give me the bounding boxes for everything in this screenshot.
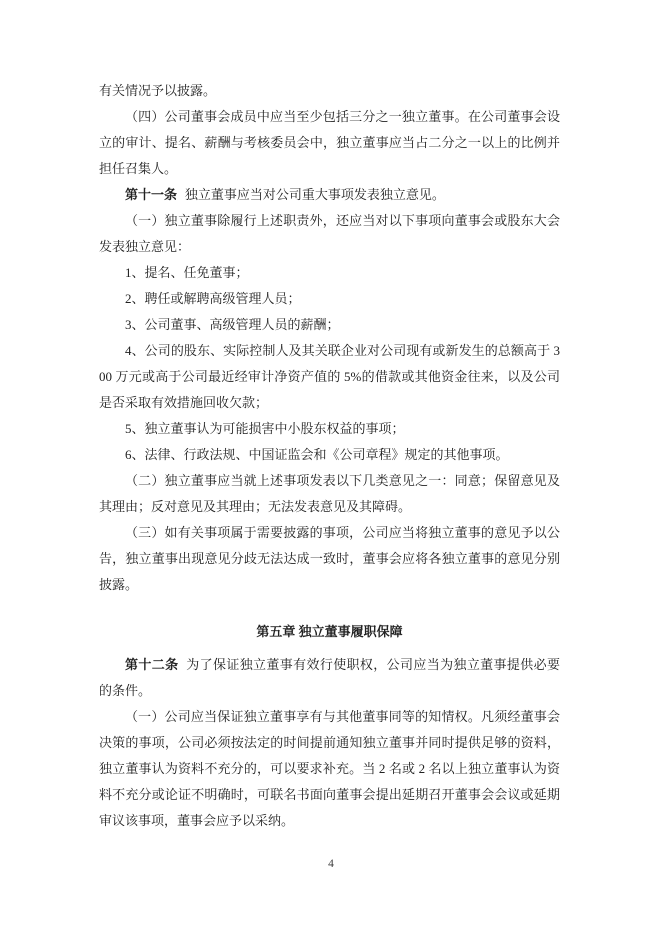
list-item-2: 2、聘任或解聘高级管理人员；: [99, 286, 560, 312]
article-12-term: 第十二条: [125, 657, 178, 672]
paragraph-subitem-1: （一）独立董事除履行上述职责外，还应当对以下事项向董事会或股东大会发表独立意见：: [99, 208, 560, 260]
list-item-1: 1、提名、任免董事；: [99, 260, 560, 286]
chapter-heading: 第五章 独立董事履职保障: [99, 619, 560, 645]
page-number: 4: [0, 858, 662, 870]
article-11-term: 第十一条: [125, 187, 177, 202]
list-item-6: 6、法律、行政法规、中国证监会和《公司章程》规定的其他事项。: [99, 442, 560, 468]
paragraph-subitem-3: （三）如有关事项属于需要披露的事项，公司应当将独立董事的意见予以公告，独立董事出…: [99, 520, 560, 598]
paragraph-subitem-2: （二）独立董事应当就上述事项发表以下几类意见之一：同意；保留意见及其理由；反对意…: [99, 468, 560, 520]
paragraph-continuation: 有关情况予以披露。: [99, 78, 560, 104]
article-11-paragraph: 第十一条独立董事应当对公司重大事项发表独立意见。: [99, 182, 560, 208]
document-page: 有关情况予以披露。 （四）公司董事会成员中应当至少包括三分之一独立董事。在公司董…: [0, 0, 662, 936]
list-item-4: 4、公司的股东、实际控制人及其关联企业对公司现有或新发生的总额高于 300 万元…: [99, 338, 560, 416]
list-item-5: 5、独立董事认为可能损害中小股东权益的事项；: [99, 416, 560, 442]
article-12-paragraph: 第十二条为了保证独立董事有效行使职权，公司应当为独立董事提供必要的条件。: [99, 652, 560, 704]
paragraph-subitem-4: （一）公司应当保证独立董事享有与其他董事同等的知情权。凡须经董事会决策的事项，公…: [99, 704, 560, 834]
article-11-text: 独立董事应当对公司重大事项发表独立意见。: [185, 187, 445, 202]
list-item-3: 3、公司董事、高级管理人员的薪酬；: [99, 312, 560, 338]
paragraph-item-4: （四）公司董事会成员中应当至少包括三分之一独立董事。在公司董事会设立的审计、提名…: [99, 104, 560, 182]
document-body: 有关情况予以披露。 （四）公司董事会成员中应当至少包括三分之一独立董事。在公司董…: [99, 78, 560, 834]
